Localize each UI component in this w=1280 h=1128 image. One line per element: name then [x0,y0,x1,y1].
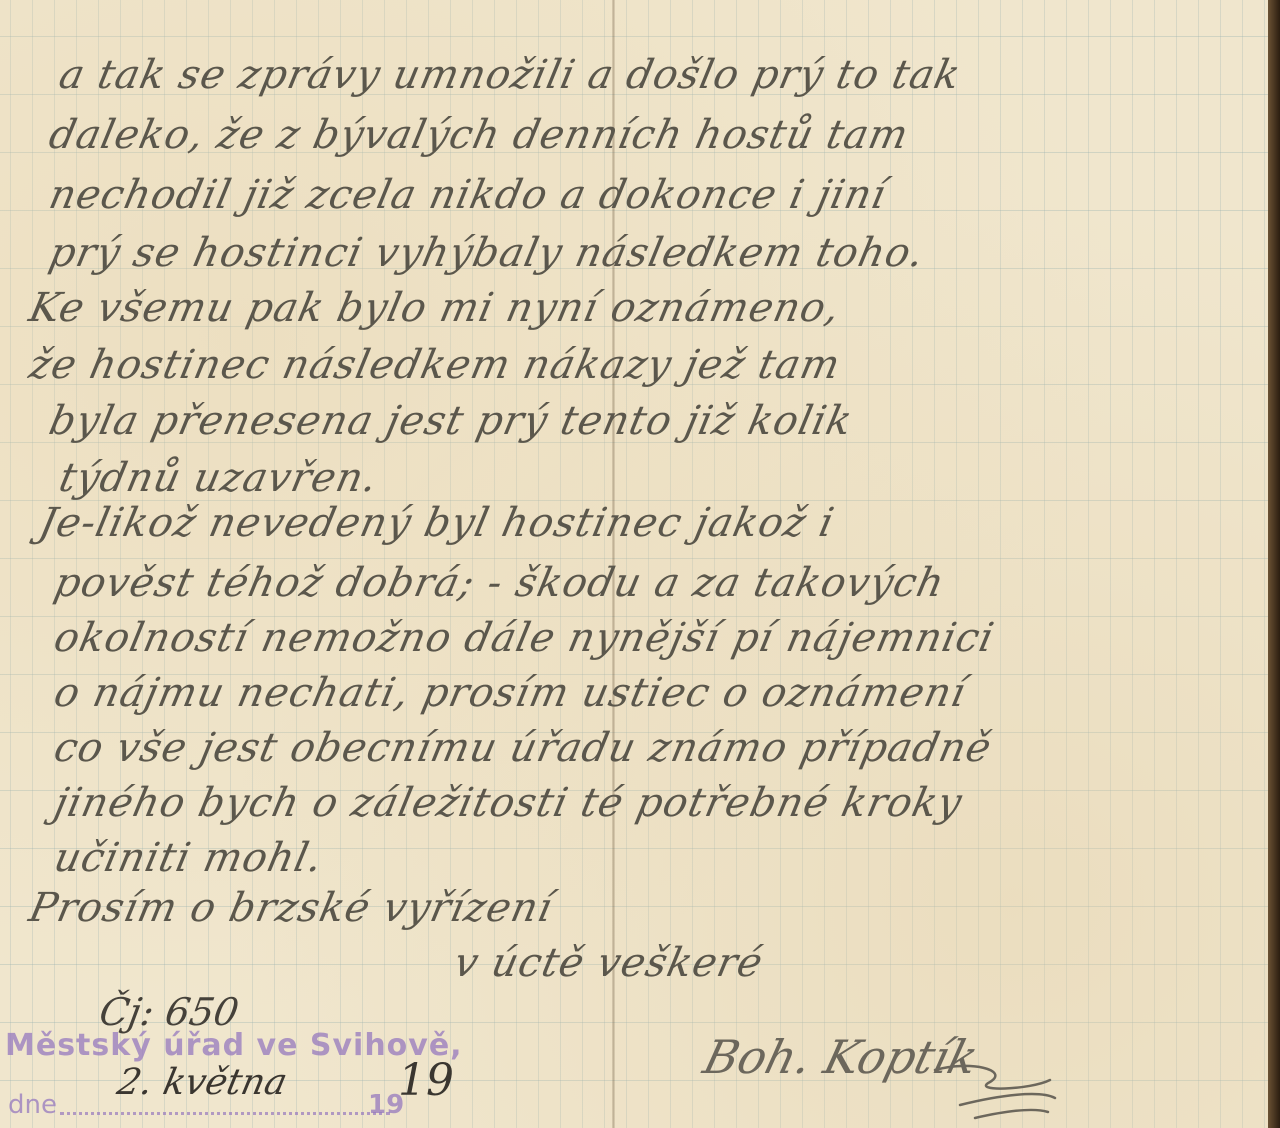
signature-flourish-icon [930,1060,1060,1120]
letter-line-15: učiniti mohl. [50,835,327,881]
letter-line-13: co vše jest obecnímu úřadu známo případn… [50,725,996,771]
closing-salutation: v úctě veškeré [450,940,767,986]
letter-line-8: týdnů uzavřen. [55,455,382,501]
letter-line-7: byla přenesena jest prý tento již kolik [45,398,857,444]
letter-line-14: jiného bych o záležitosti té potřebné kr… [50,780,966,826]
stamp-dotted-line [60,1112,390,1115]
letter-line-6: že hostinec následkem nákazy jež tam [25,342,845,388]
handwritten-date: 2. května [114,1062,291,1103]
paper-edge-shadow [1268,0,1280,1128]
letter-line-4: prý se hostinci vyhýbaly následkem toho. [45,230,929,276]
letter-line-5: Ke všemu pak bylo mi nyní oznámeno, [25,285,844,331]
letter-line-9: Je-likož nevedený byl hostinec jakož i [35,500,838,546]
letter-line-2: daleko, že z bývalých denních hostů tam [45,112,913,158]
letter-line-11: okolností nemožno dále nynější pí nájemn… [50,615,998,661]
stamp-date-label: dne [8,1090,57,1120]
letter-line-3: nechodil již zcela nikdo a dokonce i jin… [45,172,890,218]
letter-line-1: a tak se zprávy umnožili a došlo prý to … [55,52,965,98]
office-stamp: Městský úřad ve Svihově, [5,1028,463,1063]
letter-line-10: pověst téhož dobrá; - škodu a za takovýc… [50,560,949,606]
closing-request: Prosím o brzské vyřízení [25,885,557,931]
handwritten-year: 19 [398,1055,454,1106]
letter-line-12: o nájmu nechati, prosím ustiec o oznámen… [50,670,970,716]
